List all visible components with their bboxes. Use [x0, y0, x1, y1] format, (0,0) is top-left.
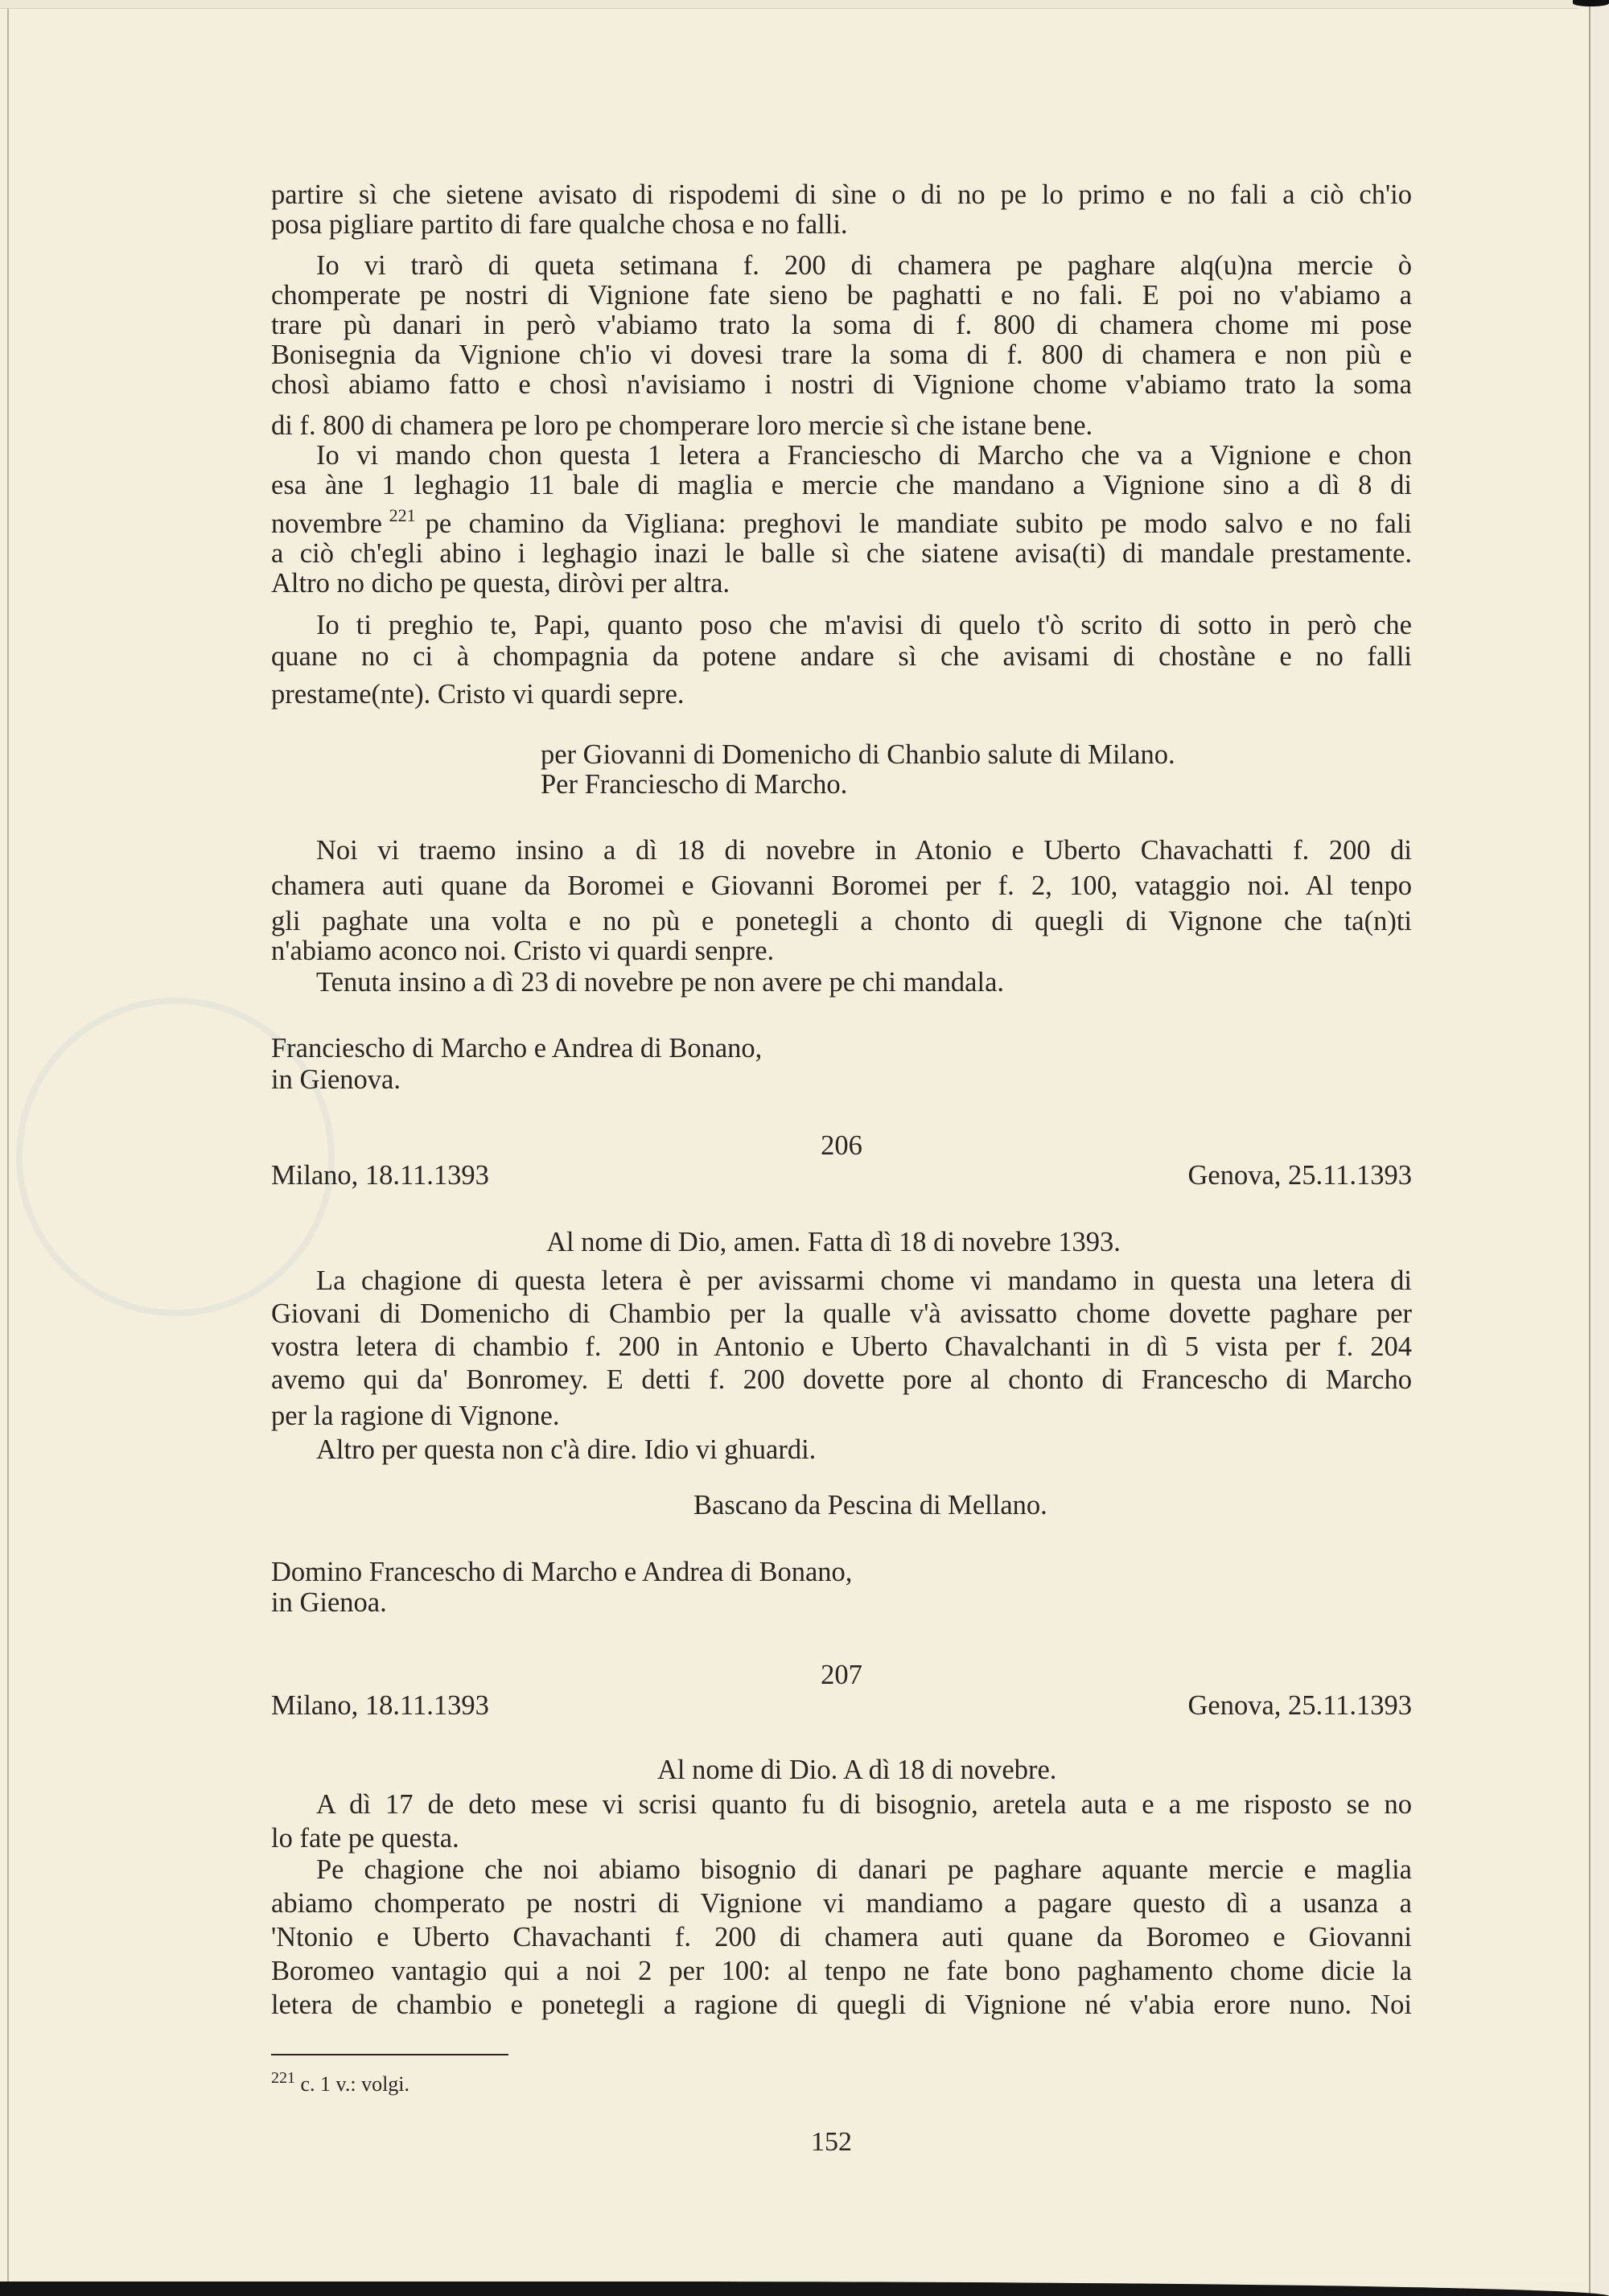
text-line: a ciò ch'egli abino i leghagio inazi le …	[271, 537, 1412, 570]
text-line: per la ragione di Vignone.	[271, 1400, 1412, 1432]
text-line: letera de chambio e ponetegli a ragione …	[271, 1989, 1412, 2021]
paragraph-start: Pe chagione che noi abiamo bisognio di d…	[271, 1854, 1412, 1886]
paragraph-start: Io vi mando chon questa 1 letera a Franc…	[271, 439, 1412, 471]
text-line: chosì abiamo fatto e chosì n'avisiamo i …	[271, 368, 1412, 401]
footnote-text: c. 1 v.: volgi.	[301, 2072, 410, 2096]
paragraph-start: La chagione di questa letera è per aviss…	[271, 1265, 1412, 1297]
paragraph-start: Io ti preghio te, Papi, quanto poso che …	[271, 609, 1412, 641]
paragraph-start: Io vi trarò di queta setimana f. 200 di …	[271, 249, 1412, 282]
text-line: n'abiamo aconco noi. Cristo vi quardi se…	[271, 935, 1412, 967]
signature-sender: Bascano da Pescina di Mellano.	[693, 1489, 1047, 1521]
paragraph-start: A dì 17 de deto mese vi scrisi quanto fu…	[271, 1788, 1412, 1821]
text-line: vostra letera di chambio f. 200 in Anton…	[271, 1331, 1412, 1363]
page-number: 152	[811, 2126, 907, 2158]
scan-shadow-top	[1573, 0, 1609, 6]
text-line: Boromeo vantagio qui a noi 2 per 100: al…	[271, 1955, 1412, 1987]
letter-opening: Al nome di Dio. A dì 18 di novebre.	[657, 1754, 1056, 1786]
text-line-with-footnote: novembre 221 pe chamino da Vigliana: pre…	[271, 508, 1412, 540]
scan-shadow-bottom	[0, 2282, 1609, 2296]
text-line: di f. 800 di chamera pe loro pe chompera…	[271, 409, 1412, 442]
text-line: quane no ci à chompagnia da potene andar…	[271, 640, 1412, 673]
text-fragment: pe chamino da Vigliana: preghovi le mand…	[426, 508, 1412, 540]
text-line: Giovani di Domenicho di Chambio per la q…	[271, 1298, 1412, 1330]
text-line: lo fate pe questa.	[271, 1822, 1412, 1854]
letter-opening: Al nome di Dio, amen. Fatta dì 18 di nov…	[263, 1226, 1404, 1258]
signature-recipient: Per Franciescho di Marcho.	[541, 768, 847, 800]
page-top-edge	[0, 0, 1578, 9]
address-line: Domino Francescho di Marcho e Andrea di …	[271, 1556, 852, 1588]
to-place-date: Genova, 25.11.1393	[1187, 1159, 1412, 1191]
text-line: chamera auti quane da Boromei e Giovanni…	[271, 870, 1412, 902]
footnote: 221 c. 1 v.: volgi.	[271, 2072, 409, 2097]
text-line: chomperate pe nostri di Vignione fate si…	[271, 279, 1412, 311]
from-place-date: Milano, 18.11.1393	[271, 1159, 489, 1191]
text-line: 'Ntonio e Uberto Chavachanti f. 200 di c…	[271, 1921, 1412, 1953]
from-place-date: Milano, 18.11.1393	[271, 1689, 489, 1722]
text-line: Altro no dicho pe questa, diròvi per alt…	[271, 567, 1412, 599]
signature-sender: per Giovanni di Domenicho di Chanbio sal…	[541, 739, 1175, 771]
text-line: partire sì che sietene avisato di rispod…	[271, 179, 1412, 211]
book-gutter	[1589, 0, 1609, 2296]
letter-number: 207	[271, 1659, 1412, 1691]
footnote-reference[interactable]: 221	[389, 505, 416, 525]
text-line: trare pù danari in però v'abiamo trato l…	[271, 309, 1412, 341]
text-line: posa pigliare partito di fare qualche ch…	[271, 208, 1412, 241]
address-line: in Gienova.	[271, 1064, 401, 1096]
text-line: Tenuta insino a dì 23 di novebre pe non …	[271, 966, 1412, 998]
address-line: in Gienoa.	[271, 1586, 387, 1619]
text-fragment: novembre	[271, 508, 382, 539]
text-line: abiamo chomperato pe nostri di Vignione …	[271, 1887, 1412, 1920]
footnote-number: 221	[271, 2069, 295, 2087]
text-line: Bonisegnia da Vignione ch'io vi dovesi t…	[271, 339, 1412, 371]
text-line: prestame(nte). Cristo vi quardi sepre.	[271, 678, 1412, 710]
paragraph-start: Noi vi traemo insino a dì 18 di novebre …	[271, 834, 1412, 866]
text-line: avemo qui da' Bonromey. E detti f. 200 d…	[271, 1364, 1412, 1396]
address-line: Franciescho di Marcho e Andrea di Bonano…	[271, 1032, 762, 1064]
text-line: Altro per questa non c'à dire. Idio vi g…	[271, 1434, 1412, 1466]
to-place-date: Genova, 25.11.1393	[1187, 1689, 1412, 1722]
text-line: gli paghate una volta e no pù e ponetegl…	[271, 905, 1412, 937]
left-page-edge	[7, 9, 9, 2286]
footnote-divider	[271, 2054, 508, 2055]
letter-number: 206	[271, 1129, 1412, 1162]
text-line: esa àne 1 leghagio 11 bale di maglia e m…	[271, 469, 1412, 501]
